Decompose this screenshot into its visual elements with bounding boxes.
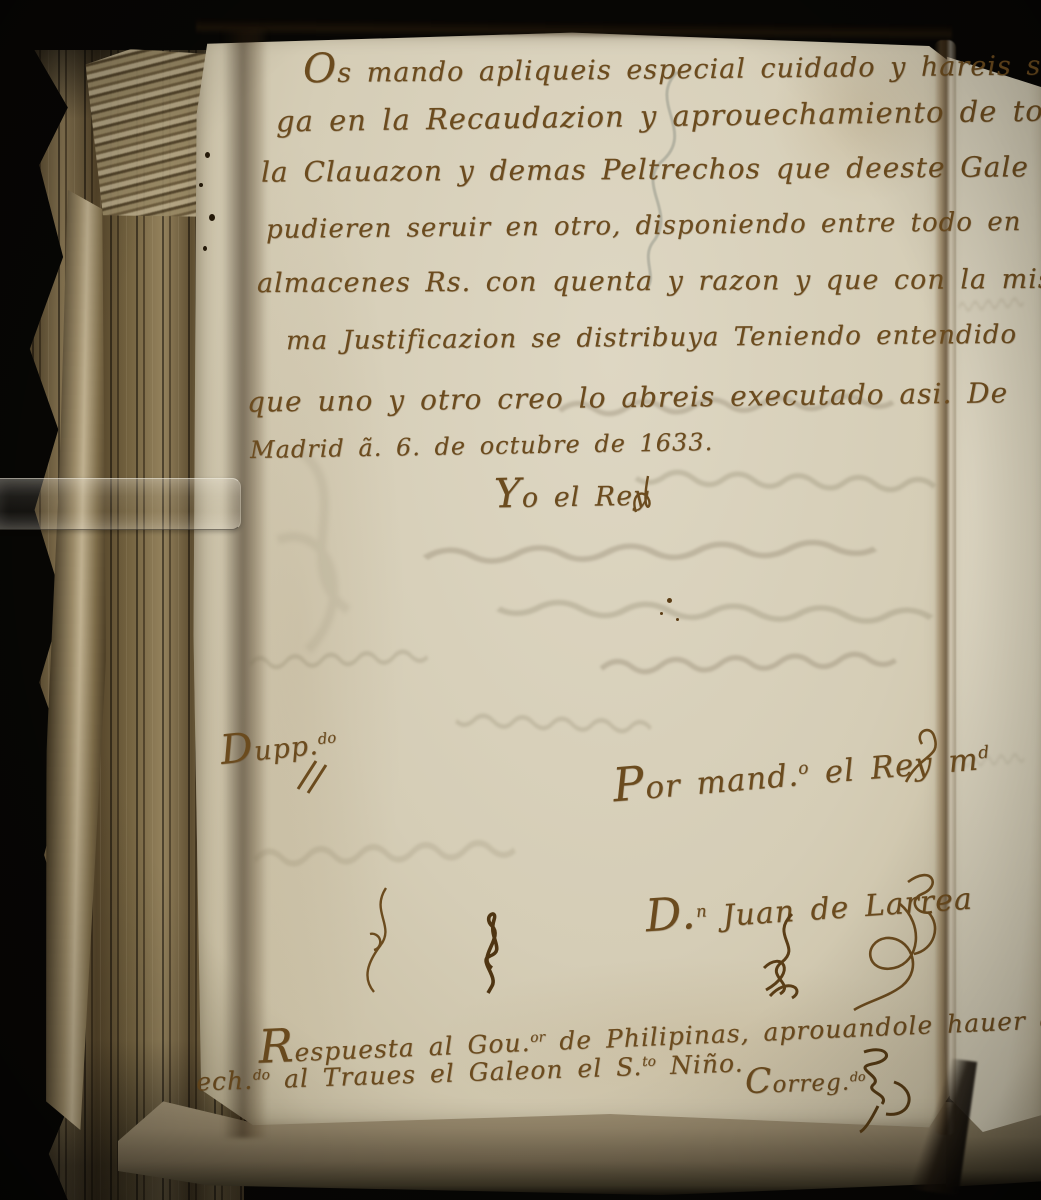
countersign-swash (900, 724, 946, 794)
rubric-flourish (468, 898, 516, 993)
royal-signature-text: Yo el Rey (494, 481, 650, 515)
ink-speck (676, 618, 679, 621)
plastic-clamp (0, 478, 241, 530)
duplicate-mark-superscript: do (317, 728, 337, 748)
docket-superscript: or (530, 1029, 546, 1046)
ink-speck (199, 183, 203, 187)
corrected-rubric (834, 1042, 919, 1134)
bleedthrough-text (436, 598, 936, 634)
duplicate-flourish (292, 757, 338, 795)
rubric-flourish (628, 468, 664, 520)
docket-superscript: to (642, 1054, 656, 1070)
bleedthrough-text (420, 538, 940, 574)
rubric-flourish (752, 906, 812, 998)
manuscript-line: almacenes Rs. con quenta y razon y que c… (257, 264, 1041, 299)
bleedthrough-text (252, 838, 552, 878)
bleedthrough-text (958, 296, 1033, 318)
bleedthrough-text (428, 712, 653, 742)
secretary-text: D. (645, 901, 698, 939)
docket-text: Niño. (656, 1048, 744, 1080)
ink-speck (203, 246, 207, 251)
ink-speck (660, 612, 663, 615)
manuscript-line: la Clauazon y demas Peltrechos que deest… (261, 150, 1029, 188)
ink-speck (209, 214, 215, 221)
docket-text: ech. (196, 1066, 254, 1097)
countersign-superscript: d (977, 742, 990, 763)
bleedthrough-text (598, 650, 938, 684)
manuscript-line: Os mando apliqueis especial cuidado y ha… (303, 36, 1041, 92)
ink-speck (667, 598, 672, 603)
royal-signature: Yo el Rey (494, 467, 650, 518)
photo-backdrop: Os mando apliqueis especial cuidado y ha… (0, 0, 1041, 1200)
page-fore-edge (934, 40, 956, 1135)
manuscript-line: ma Justificazion se distribuya Teniendo … (286, 320, 1017, 356)
docket-superscript: do (253, 1067, 271, 1084)
rubric-flourish (352, 882, 402, 997)
ink-speck (205, 152, 210, 158)
